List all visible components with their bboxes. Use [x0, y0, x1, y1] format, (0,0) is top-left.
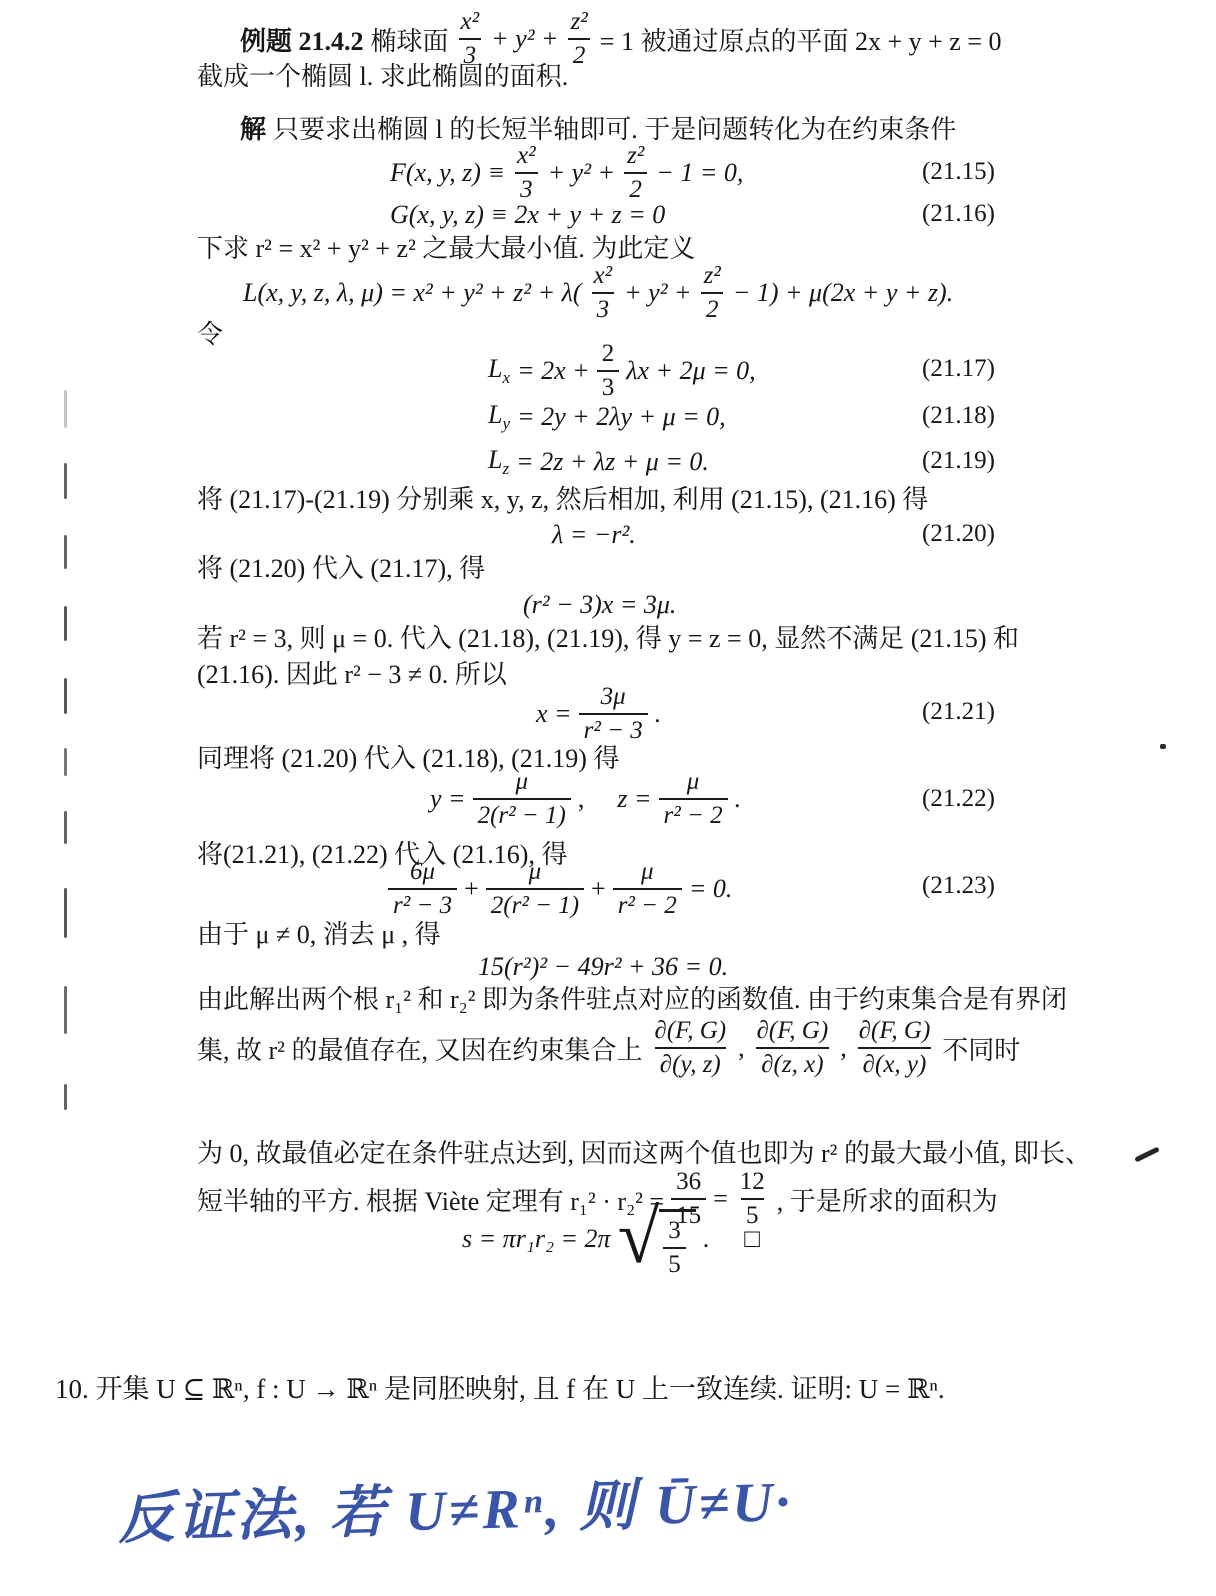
fraction-numerator: 12 — [735, 1168, 770, 1198]
math-text: − 1) + μ(2x + y + z). — [733, 278, 953, 308]
math-text: . — [703, 1224, 710, 1254]
fraction-denominator: ∂(z, x) — [756, 1047, 828, 1079]
title-text: = 1 被通过原点的平面 2x + y + z = 0 — [600, 21, 1002, 58]
math-text: + — [464, 874, 479, 904]
fraction-numerator: x² — [456, 8, 485, 38]
equation-tag: (21.18) — [922, 402, 995, 430]
ink-speck — [1160, 744, 1166, 749]
fraction-denominator: 5 — [663, 1247, 686, 1279]
equation-21-17: Lx = 2x + 2 3 λx + 2μ = 0, — [488, 340, 756, 402]
fraction-numerator: z² — [622, 142, 649, 172]
margin-mark — [64, 463, 67, 499]
margin-mark — [64, 390, 67, 428]
margin-mark — [64, 535, 67, 569]
fraction-denominator: 2 — [568, 38, 591, 70]
fraction: 3 5 — [663, 1217, 686, 1279]
fraction-numerator: z² — [566, 8, 593, 38]
margin-mark — [64, 986, 67, 1034]
math-text: + y² + — [624, 278, 691, 308]
margin-mark — [64, 888, 67, 938]
equation-tag: (21.16) — [922, 200, 995, 228]
math-text: Ly — [488, 400, 510, 434]
fraction: x² 3 — [589, 262, 618, 324]
math-text: Lx — [488, 354, 510, 388]
fraction-denominator: r² − 3 — [388, 888, 457, 920]
equation-lagrangian: L(x, y, z, λ, μ) = x² + y² + z² + λ( x² … — [243, 260, 953, 326]
fraction-numerator: μ — [636, 858, 659, 888]
margin-mark — [64, 606, 67, 641]
margin-mark — [64, 748, 67, 776]
fraction-numerator: ∂(F, G) — [649, 1017, 731, 1047]
math-text: (r² − 3)x = 3μ. — [523, 590, 676, 620]
square-root: √ 3 5 — [618, 1200, 696, 1279]
paragraph-text: , 于是所求的面积为 — [777, 1181, 998, 1218]
margin-mark — [64, 811, 67, 844]
math-text: = 0. — [689, 874, 733, 904]
equation-tag: (21.22) — [922, 785, 995, 813]
title-text: 椭球面 — [371, 21, 449, 58]
equation-21-21: x = 3μ r² − 3 . — [536, 682, 661, 746]
math-subscript: y — [502, 414, 510, 433]
paragraph: 将 (21.20) 代入 (21.17), 得 — [197, 552, 485, 586]
equation-21-19: Lz = 2z + λz + μ = 0. — [488, 445, 709, 479]
fraction-denominator: 2 — [701, 292, 724, 324]
paragraph-text: 集, 故 r² 的最值存在, 又因在约束集合上 — [197, 1030, 642, 1067]
paragraph-text: 不同时 — [942, 1030, 1020, 1067]
equation-area: s = πr₁r₂ = 2π √ 3 5 . □ — [462, 1202, 760, 1276]
equation-quadratic: 15(r²)² − 49r² + 36 = 0. — [478, 950, 728, 984]
example-title-line2: 截成一个椭圆 l. 求此椭圆的面积. — [197, 60, 568, 94]
math-text: λx + 2μ = 0, — [626, 356, 755, 386]
math-text: . — [655, 699, 662, 729]
math-text: λ = −r². — [552, 520, 636, 550]
math-base: L — [488, 400, 502, 429]
fraction-denominator: r² − 2 — [613, 888, 682, 920]
equation-21-20: λ = −r². — [552, 518, 636, 552]
solution-label: 解 — [240, 109, 266, 146]
fraction-numerator: z² — [699, 262, 726, 292]
paragraph: 令 — [197, 318, 223, 352]
fraction: μ r² − 2 — [659, 768, 728, 830]
paragraph: 若 r² = 3, 则 μ = 0. 代入 (21.18), (21.19), … — [197, 622, 1019, 656]
equation-21-22: y = μ 2(r² − 1) , z = μ r² − 2 . — [430, 766, 741, 832]
qed-box: □ — [744, 1224, 760, 1254]
math-text: + y² + — [491, 24, 558, 54]
fraction-numerator: 3 — [663, 1217, 686, 1247]
equation-tag: (21.20) — [922, 520, 995, 548]
math-text: 15(r²)² − 49r² + 36 = 0. — [478, 952, 728, 982]
fraction-denominator: 3 — [592, 292, 615, 324]
math-text: = 2x + — [517, 356, 590, 386]
math-subscript: x — [502, 368, 510, 387]
fraction: z² 2 — [699, 262, 726, 324]
equation-tag: (21.23) — [922, 872, 995, 900]
fraction-numerator: μ — [524, 858, 547, 888]
math-text: G(x, y, z) ≡ 2x + y + z = 0 — [390, 200, 665, 230]
fraction-denominator: 2(r² − 1) — [486, 888, 584, 920]
equation-tag: (21.19) — [922, 447, 995, 475]
fraction-numerator: 2 — [597, 340, 620, 370]
fraction-numerator: ∂(F, G) — [854, 1017, 936, 1047]
fraction-numerator: μ — [682, 768, 705, 798]
fraction-numerator: x² — [589, 262, 618, 292]
equation-r2-3x: (r² − 3)x = 3μ. — [523, 588, 676, 622]
fraction: μ 2(r² − 1) — [473, 768, 571, 830]
fraction: 2 3 — [597, 340, 620, 402]
equation-tag: (21.17) — [922, 355, 995, 383]
math-text: F(x, y, z) ≡ — [390, 158, 505, 188]
fraction: z² 2 — [566, 8, 593, 70]
margin-mark — [64, 678, 67, 714]
jacobian-fraction: ∂(F, G) ∂(z, x) — [752, 1017, 834, 1079]
jacobian-fraction: ∂(F, G) ∂(y, z) — [649, 1017, 731, 1079]
paragraph: 将 (21.17)-(21.19) 分别乘 x, y, z, 然后相加, 利用 … — [197, 483, 928, 517]
pen-mark — [1134, 1147, 1160, 1163]
fraction: z² 2 — [622, 142, 649, 204]
math-text: . — [735, 784, 742, 814]
fraction: 3μ r² − 3 — [579, 683, 648, 745]
fraction: x² 3 — [512, 142, 541, 204]
math-text: z = — [617, 784, 651, 814]
math-text: y = — [430, 784, 466, 814]
radical-sign: √ — [618, 1208, 660, 1266]
math-text: x = — [536, 699, 572, 729]
math-text: s = πr₁r₂ = 2π — [462, 1224, 611, 1254]
math-text: = 2z + λz + μ = 0. — [516, 447, 709, 477]
math-text: Lz — [488, 445, 509, 479]
radicand: 3 5 — [659, 1209, 696, 1279]
paragraph: (21.16). 因此 r² − 3 ≠ 0. 所以 — [197, 658, 507, 692]
fraction-denominator: ∂(x, y) — [858, 1047, 932, 1079]
paragraph: 由于 μ ≠ 0, 消去 μ , 得 — [197, 918, 441, 952]
equation-tag: (21.15) — [922, 158, 995, 186]
fraction-numerator: x² — [512, 142, 541, 172]
math-subscript: z — [502, 459, 509, 478]
math-text: + — [591, 874, 606, 904]
fraction-denominator: ∂(y, z) — [655, 1047, 726, 1079]
math-text: L(x, y, z, λ, μ) = x² + y² + z² + λ( — [243, 278, 582, 308]
example-label: 例题 21.4.2 — [240, 21, 364, 58]
math-base: L — [488, 354, 502, 383]
fraction-numerator: 36 — [671, 1168, 706, 1198]
math-text: − 1 = 0, — [656, 158, 743, 188]
equation-21-16: G(x, y, z) ≡ 2x + y + z = 0 — [390, 198, 665, 232]
math-text: + y² + — [548, 158, 615, 188]
margin-mark — [64, 1084, 67, 1110]
fraction-denominator: r² − 3 — [579, 713, 648, 745]
fraction-denominator: 3 — [597, 370, 620, 402]
math-text: = 2y + 2λy + μ = 0, — [517, 402, 726, 432]
jacobian-fraction: ∂(F, G) ∂(x, y) — [854, 1017, 936, 1079]
fraction-numerator: 3μ — [596, 683, 631, 713]
fraction-denominator: r² − 2 — [659, 798, 728, 830]
fraction-numerator: ∂(F, G) — [752, 1017, 834, 1047]
math-base: L — [488, 445, 502, 474]
fraction-numerator: μ — [510, 768, 533, 798]
fraction: 6μ r² − 3 — [388, 858, 457, 920]
equation-tag: (21.21) — [922, 698, 995, 726]
scanned-textbook-page: 例题 21.4.2 椭球面 x² 3 + y² + z² 2 = 1 被通过原点… — [0, 0, 1216, 1596]
handwritten-note: 反证法, 若 U≠Rⁿ, 则 Ū≠U· — [117, 1457, 793, 1555]
fraction-numerator: 6μ — [405, 858, 440, 888]
equation-21-23: 6μ r² − 3 + μ 2(r² − 1) + μ r² − 2 = 0. — [388, 856, 732, 922]
fraction: μ 2(r² − 1) — [486, 858, 584, 920]
equation-21-18: Ly = 2y + 2λy + μ = 0, — [488, 400, 726, 434]
comma: , — [738, 1033, 745, 1063]
fraction: μ r² − 2 — [613, 858, 682, 920]
paragraph-with-jacobians: 集, 故 r² 的最值存在, 又因在约束集合上 ∂(F, G) ∂(y, z) … — [197, 1012, 1020, 1084]
exercise-10: 10. 开集 U ⊆ ℝⁿ, f : U → ℝⁿ 是同胚映射, 且 f 在 U… — [55, 1372, 945, 1406]
math-text: , — [578, 784, 585, 814]
fraction-denominator: 2(r² − 1) — [473, 798, 571, 830]
comma: , — [840, 1033, 847, 1063]
